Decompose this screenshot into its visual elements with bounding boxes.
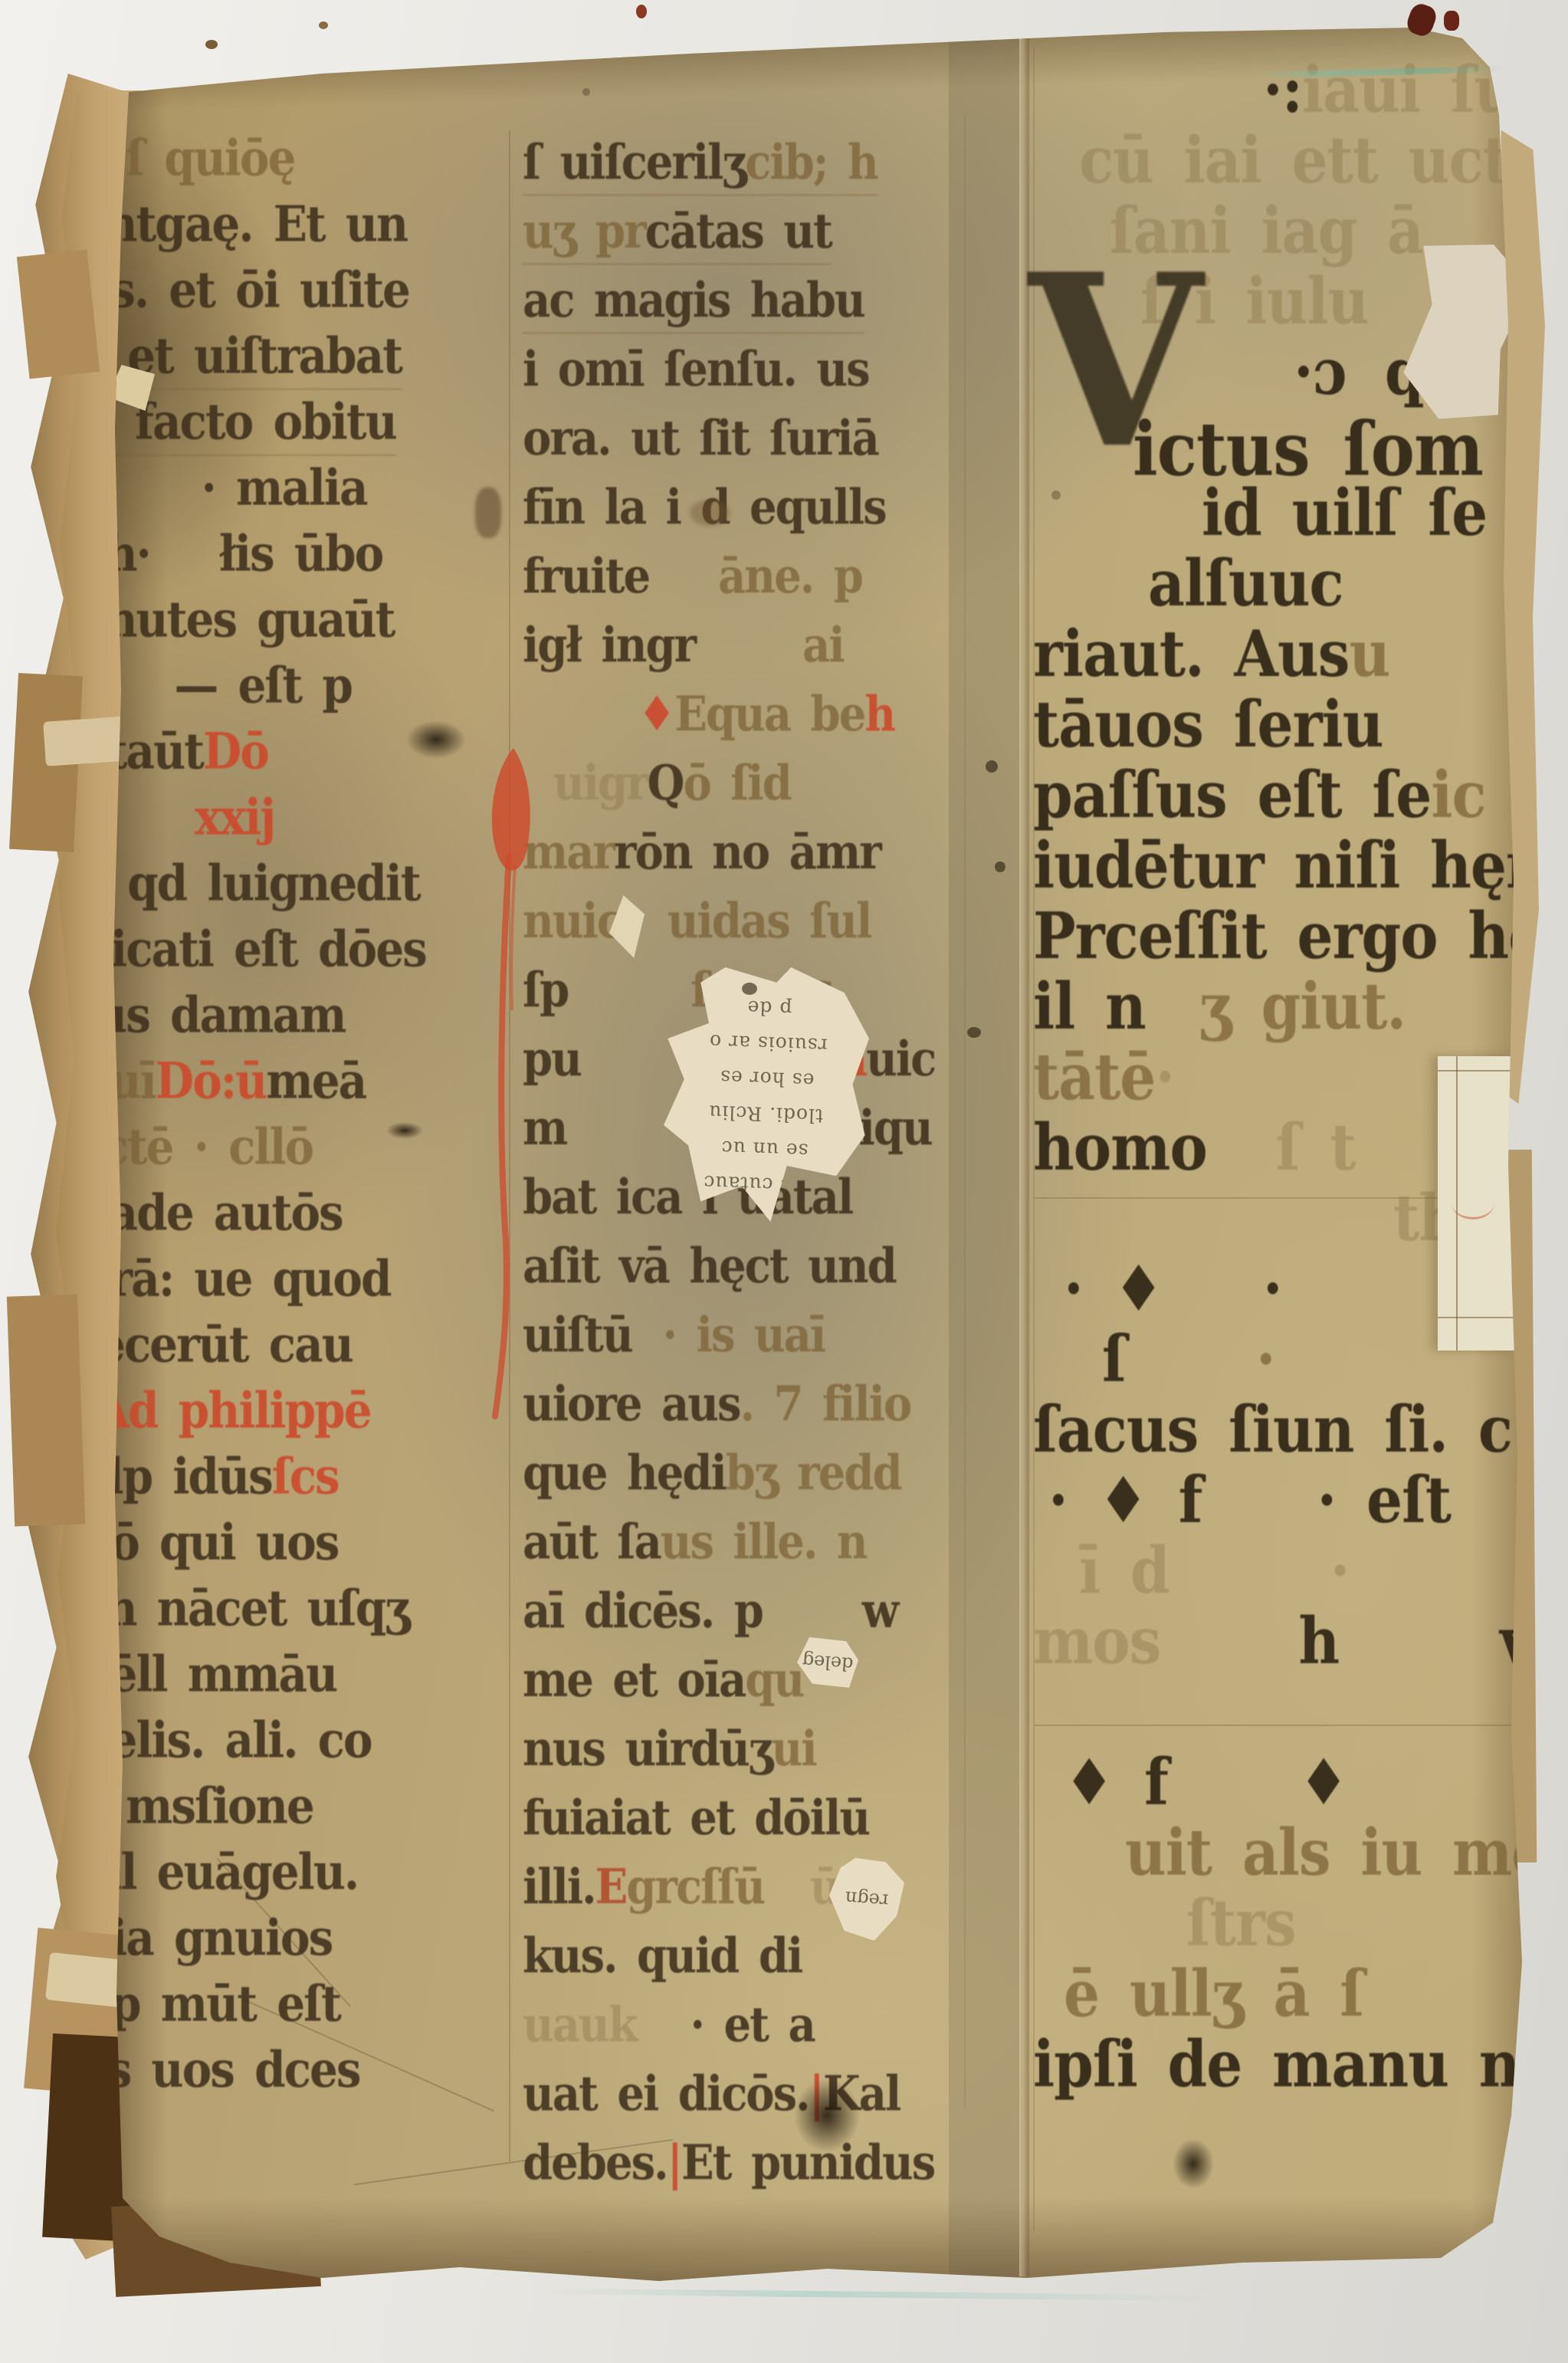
manuscript-text-line: · ♦ f· eſt· ſt.	[1033, 1464, 1568, 1538]
manuscript-text-line: uiore aus. 7 filio	[523, 1376, 910, 1433]
ink-blot	[794, 2079, 860, 2152]
manuscript-text-line: uauk · et a	[523, 1997, 815, 2053]
gothic-text: · 1	[1555, 1746, 1568, 1820]
rubric-text: Dō	[203, 722, 268, 780]
manuscript-text-line: nus uirdūʒ ui	[523, 1721, 816, 1777]
manuscript-text-line: homo ſ t	[1033, 1111, 1356, 1185]
manuscript-text-line: ſ uiſcerilʒ cib; h	[523, 134, 877, 196]
gothic-text: ʒ giut.	[1199, 970, 1406, 1044]
manuscript-text-line: mar rōn no āmr	[523, 824, 881, 881]
manuscript-text-line: tātē ·	[1033, 1041, 1174, 1114]
gothic-text: ſtrs	[1186, 1887, 1296, 1961]
manuscript-text-line: prā: ue quod	[80, 1249, 391, 1308]
manuscript-text-line: alſuuc	[1148, 547, 1343, 621]
manuscript-text-line: b· malia	[80, 458, 367, 517]
cyan-edge-fringe	[536, 2288, 1226, 2301]
gothic-text: · is uaī	[663, 1307, 825, 1364]
gothic-text: uit als iu me	[1125, 1817, 1547, 1890]
manuscript-text-line: ſ quiōę	[126, 129, 295, 187]
horizontal-ruling-line	[1035, 1725, 1540, 1726]
gothic-text: ·	[1263, 1252, 1282, 1326]
gothic-text: uigr	[553, 755, 648, 812]
gothic-text: i omī ſenſu. us	[523, 341, 869, 398]
gothic-text: us. et ōi uſite	[80, 261, 409, 319]
gothic-text: łis ūbo	[219, 524, 383, 583]
gothic-text: · ♦ f	[1048, 1464, 1202, 1538]
manuscript-text-line: ē ullʒ ā ſ	[1064, 1958, 1363, 2031]
gothic-text: aſit vā hęct und	[523, 1238, 896, 1295]
gothic-text: fecerūt cau	[80, 1315, 353, 1373]
manuscript-text-line: ſ·	[1033, 1323, 1275, 1396]
manuscript-text-line: debes. |Et punidus	[523, 2135, 934, 2191]
gothic-text: cib; h	[745, 134, 877, 191]
manuscript-text-line: aſit vā hęct und	[523, 1238, 896, 1295]
manuscript-text-line: ♦ f♦· 1	[1033, 1746, 1568, 1820]
gothic-text: āne. p	[718, 548, 862, 605]
gothic-text: qu	[745, 1652, 803, 1708]
label-ruled-line	[1438, 1317, 1516, 1318]
rubric-text: h	[864, 686, 894, 743]
gothic-text: chutes guaūt	[80, 590, 394, 648]
manuscript-text-line: ī d·	[1033, 1534, 1349, 1608]
manuscript-text-line: tāuos ſeriu	[1033, 688, 1383, 762]
gothic-text: paſſus eſt ſe	[1033, 759, 1431, 832]
small-paper-patch: regn	[829, 1858, 904, 1941]
manuscript-text-line: ſtrs	[1186, 1887, 1296, 1961]
gothic-text: id uilſ ſe	[1202, 477, 1487, 550]
gothic-text: ē ullʒ ā ſ	[1064, 1958, 1363, 2031]
gothic-text: · ♦	[1064, 1252, 1163, 1326]
manuscript-page: ſ quiōęcntgaę. Et unus. et ōi uſiteę et …	[0, 0, 1568, 2363]
ink-speck	[967, 1027, 981, 1038]
manuscript-text-line: msſione	[126, 1777, 313, 1835]
gothic-text: ·:	[1263, 54, 1302, 127]
gothic-text: · eſt	[1317, 1464, 1451, 1538]
gothic-text: ♦	[1298, 1746, 1348, 1820]
manuscript-text-line: ·: iaui ſuu	[1033, 54, 1555, 127]
column-ruling-line	[964, 115, 966, 2108]
manuscript-text-line: uicati eſt dōes	[80, 920, 426, 978]
gothic-text: ilō qui uos	[80, 1513, 338, 1571]
gothic-text: tāuos ſeriu	[1033, 688, 1383, 762]
manuscript-text-line: ſacus ſiun ſi. c	[1033, 1393, 1512, 1467]
gothic-text: p mūt eſt	[110, 1974, 340, 2033]
manuscript-text-line: lus damam	[80, 986, 346, 1044]
rubric-text: ♦	[638, 686, 674, 743]
ink-blot	[1173, 2138, 1214, 2189]
manuscript-text-line: Ad philippē	[95, 1381, 371, 1439]
ink-speck	[582, 88, 590, 96]
printed-fragment-line: se un uc	[661, 1127, 868, 1170]
small-paper-patch: deleg	[797, 1637, 858, 1688]
gothic-text: rōn no āmr	[614, 824, 881, 881]
rubric-text: E	[595, 1859, 627, 1915]
manuscript-text-line: delis. ali. co	[80, 1711, 372, 1769]
gothic-text: illi.	[523, 1859, 595, 1915]
rubric-text: Ad philippē	[95, 1381, 371, 1439]
manuscript-text-line: i omī ſenſu. us	[523, 341, 869, 398]
gothic-text: prā: ue quod	[80, 1249, 391, 1308]
gothic-text: ſ quiōę	[126, 129, 295, 187]
gothic-text: ora. ut ſit ſuriā	[523, 410, 878, 467]
torn-flap	[7, 1294, 85, 1526]
printed-fragment-text: deleg	[795, 1635, 860, 1689]
manuscript-text-line: ch·łis ūbo	[80, 524, 382, 583]
manuscript-text-line: uit als iu me	[1125, 1817, 1547, 1890]
manuscript-text-line: fecerūt cau	[80, 1315, 353, 1373]
gothic-text: ipſi de manu n	[1033, 2028, 1520, 2102]
manuscript-text-line: paſſus eſt ſe ic	[1033, 759, 1486, 832]
stain-smear	[690, 500, 730, 526]
pasted-label	[1438, 1056, 1516, 1351]
pale-parchment-tab	[45, 1952, 125, 2007]
gothic-text: nus uirdūʒ	[523, 1721, 772, 1777]
manuscript-text-line: Prceſſit ergo hō	[1033, 900, 1546, 973]
gothic-text: riaut. Aus	[1033, 618, 1349, 691]
gothic-text: ♦ f	[1064, 1746, 1168, 1820]
manuscript-text-line: illi. Egrcſſū ū	[523, 1859, 840, 1915]
gothic-text: fuiaiat et dōilū	[523, 1790, 869, 1846]
gothic-text: ·	[1330, 1534, 1350, 1608]
gothic-text: uidas ſul	[668, 893, 871, 950]
manuscript-text-line: ch nācet uſqʒ	[80, 1579, 408, 1637]
manuscript-text-line: ac magis habu	[523, 272, 864, 334]
gothic-text: iudētur niſi hęr	[1033, 829, 1535, 903]
gothic-text: bʒ redd	[726, 1445, 901, 1501]
red-pen-flourish	[466, 734, 566, 1470]
printed-fragment-line: tlodi. Rcliu	[662, 1092, 868, 1134]
gothic-text: cil euāgelu.	[80, 1843, 358, 1901]
torn-flap	[17, 250, 100, 379]
gothic-text: u	[1349, 618, 1389, 691]
manuscript-text-line: riaut. Aus u	[1033, 618, 1389, 691]
gothic-text: fruite	[523, 548, 649, 605]
gothic-text: tātē	[1033, 1041, 1155, 1114]
manuscript-text-line: uigr Q ō ſid	[553, 755, 791, 812]
red-stain-speck	[636, 5, 647, 18]
gothic-text: Prceſſit ergo hō	[1033, 900, 1546, 973]
manuscript-text-line: uiſtū · is uaī	[523, 1307, 825, 1364]
gothic-text: cātas ut	[645, 203, 832, 260]
gothic-text: ·	[1155, 1041, 1174, 1114]
manuscript-text-line: ora. ut ſit ſuriā	[523, 410, 878, 467]
manuscript-text-line: xxij	[195, 788, 274, 846]
printed-fragment-line: es hor es	[664, 1057, 870, 1099]
manuscript-text-line: uʒ pr cātas ut	[523, 203, 832, 265]
manuscript-text-line: ipſi de manu n	[1033, 2028, 1520, 2102]
manuscript-text-line: kus. quid di	[523, 1928, 802, 1984]
ink-speck	[742, 983, 757, 995]
gothic-text: aī dicēs. p	[523, 1583, 763, 1639]
manuscript-text-line: fruite āne. p	[523, 548, 862, 605]
manuscript-text-line: id uilſ ſe	[1202, 477, 1487, 550]
gothic-text: uauk	[523, 1997, 637, 2053]
manuscript-text-line: cū iai ett uct in	[1079, 124, 1568, 198]
gothic-text: ic	[1431, 759, 1485, 832]
gothic-text: ai	[802, 617, 844, 674]
manuscript-text-line: ilō qui uos	[80, 1513, 338, 1571]
manuscript-text-line: chutes guaūt	[80, 590, 394, 648]
gothic-text: ch nācet uſqʒ	[80, 1579, 408, 1637]
gothic-text: ·	[1256, 1323, 1275, 1396]
gothic-text: me et oīa	[523, 1652, 745, 1708]
manuscript-text-line: que hędi bʒ redd	[523, 1445, 901, 1501]
large-initial-letter: V	[1028, 222, 1202, 501]
manuscript-text-line: puī Dō:ū meā	[80, 1052, 366, 1110]
gothic-text: il n	[1033, 970, 1146, 1044]
manuscript-text-line: ♦ Equa be h	[638, 686, 894, 743]
page-bottom-shadow	[115, 2198, 1525, 2283]
pale-parchment-tab	[43, 716, 132, 766]
gothic-text: w	[862, 1583, 897, 1639]
photo-backdrop: ſ quiōęcntgaę. Et unus. et ōi uſiteę et …	[0, 0, 1568, 2363]
gothic-text: grcſſū	[626, 1859, 764, 1915]
manuscript-text-line: moshve	[1033, 1605, 1567, 1679]
gothic-text: uicati eſt dōes	[80, 920, 426, 978]
manuscript-text-line: alp idūs ſcs	[80, 1447, 339, 1505]
manuscript-text-line: nuic uidas ſul	[523, 893, 871, 950]
gothic-text: debes.	[523, 2135, 668, 2191]
ink-blot	[386, 1122, 423, 1139]
gothic-text: mos	[1033, 1605, 1160, 1679]
gothic-text: aūt ſa	[523, 1514, 661, 1570]
rubric-text: |	[668, 2135, 681, 2191]
gothic-text: lus damam	[80, 986, 346, 1044]
gothic-text: uic	[866, 1031, 935, 1088]
manuscript-text-line: aūt ſa us ille. n	[523, 1514, 867, 1570]
gothic-text: bat ica ī uatal	[523, 1169, 852, 1226]
manuscript-text-line: bat ica ī uatal	[523, 1169, 852, 1226]
gothic-text: · malia	[202, 458, 367, 517]
manuscript-text-line: us. et ōi uſite	[80, 261, 409, 319]
gothic-text: uʒ pr	[523, 203, 645, 260]
ink-speck	[986, 760, 998, 773]
gothic-text: cū iai ett uct in	[1079, 124, 1568, 198]
manuscript-text-line: p mūt eſt	[110, 1974, 340, 2033]
gothic-text: igł ingr	[523, 617, 695, 674]
gothic-text: · et a	[691, 1997, 815, 2053]
gothic-text: iaui ſuu	[1302, 54, 1555, 127]
manuscript-text-line: as uos dces	[80, 2040, 360, 2099]
gothic-text: alſuuc	[1148, 547, 1343, 621]
brown-speck	[205, 40, 218, 49]
gothic-text: ſ t	[1276, 1111, 1356, 1185]
rubric-text: xxij	[195, 788, 274, 846]
gothic-text: · ſt.	[1550, 1464, 1568, 1538]
manuscript-text-line: cntgaę. Et un	[80, 195, 407, 253]
ink-blot	[406, 720, 466, 759]
manuscript-text-line: aī dicēs. p w	[523, 1583, 897, 1639]
manuscript-text-line: cil euāgelu.	[80, 1843, 358, 1901]
gothic-text: cntgaę. Et un	[80, 195, 407, 253]
gothic-text: uat ei dicōs.	[523, 2066, 809, 2122]
fold-shade-band	[949, 31, 1022, 2276]
manuscript-text-line: ę qd luignedit	[80, 854, 420, 912]
label-ruled-line	[1438, 1070, 1516, 1072]
manuscript-text-line: iudētur niſi hęr	[1033, 829, 1535, 903]
ink-speck	[1051, 491, 1061, 500]
gothic-text: — eſt p	[174, 656, 352, 714]
gothic-text: ſ uiſcerilʒ	[523, 134, 745, 191]
manuscript-text-line: me et oīa qu	[523, 1652, 803, 1708]
gothic-text: msſione	[126, 1777, 313, 1835]
manuscript-text-line: il n ʒ giut.	[1033, 970, 1406, 1044]
gothic-text: kus. quid di	[523, 1928, 802, 1984]
gothic-text: ſ	[1102, 1323, 1126, 1396]
gothic-text: ę qd luignedit	[80, 854, 420, 912]
faint-red-mark	[1452, 1186, 1494, 1219]
ink-speck	[995, 862, 1005, 872]
gothic-text: meā	[266, 1052, 366, 1110]
printed-fragment-line: rsuiois ar o	[665, 1022, 871, 1064]
gothic-text: Equa be	[674, 686, 864, 743]
rubric-text: ſcs	[272, 1447, 339, 1505]
manuscript-text-line: igł ingr ai	[523, 617, 844, 674]
gothic-text: ui	[772, 1721, 816, 1777]
gothic-text: ſacus ſiun ſi. c	[1033, 1393, 1512, 1467]
gothic-text: delis. ali. co	[80, 1711, 372, 1769]
gothic-text: homo	[1033, 1111, 1207, 1185]
gothic-text: ac magis habu	[523, 272, 864, 329]
stain-smear	[475, 487, 501, 538]
brown-speck	[319, 21, 328, 29]
gothic-text: as uos dces	[80, 2040, 360, 2099]
gothic-text: us ille. n	[661, 1514, 867, 1570]
gothic-text: ī d	[1079, 1534, 1169, 1608]
gothic-text: Q	[648, 755, 684, 812]
gothic-text: ō ſid	[683, 755, 790, 812]
gothic-text: . 7 filio	[740, 1376, 911, 1433]
gothic-text: h	[1298, 1605, 1339, 1679]
rubric-text: Dō:ū	[156, 1052, 267, 1110]
red-stain-speck	[1444, 11, 1459, 31]
manuscript-text-line: fuiaiat et dōilū	[523, 1790, 869, 1846]
gothic-text: ·ɔ	[1294, 336, 1347, 409]
